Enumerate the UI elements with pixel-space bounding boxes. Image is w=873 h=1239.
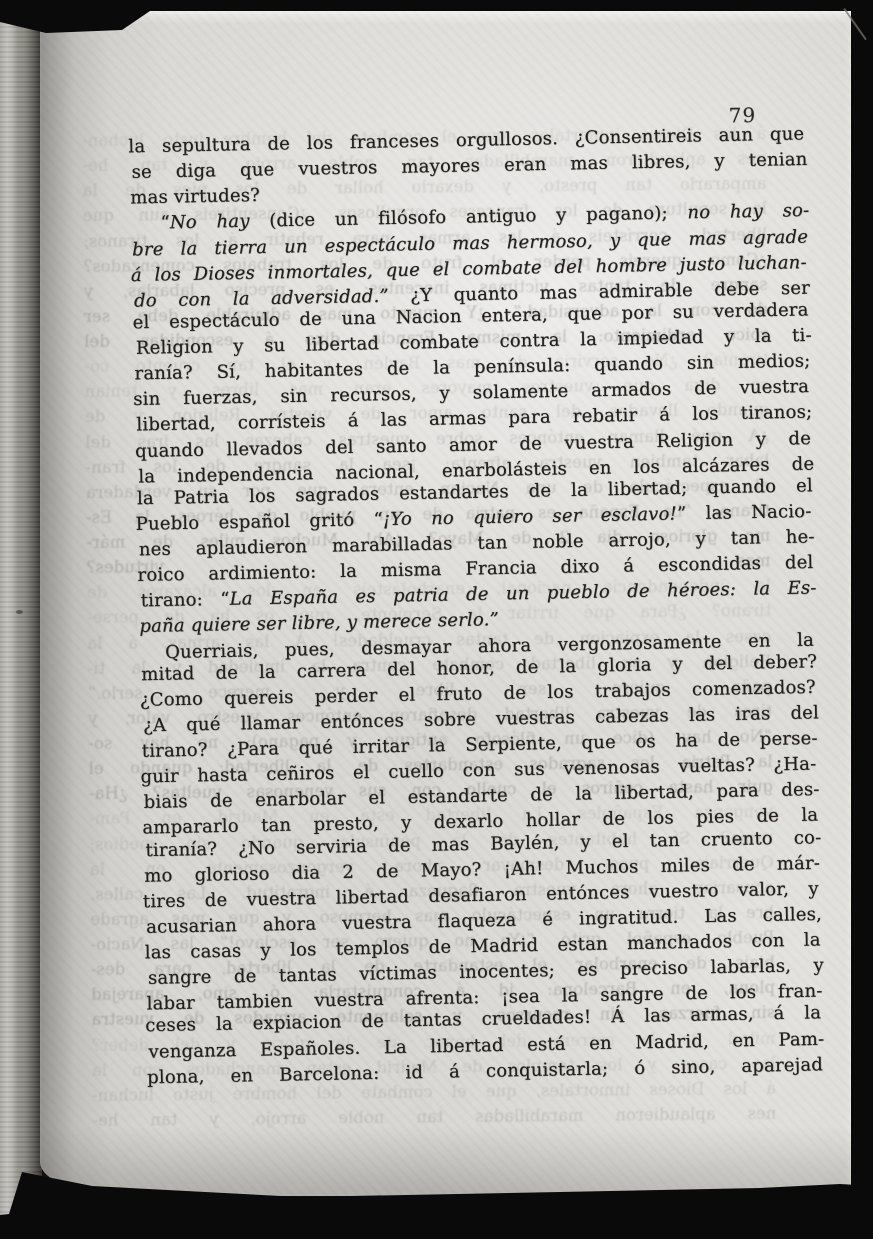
paper-speck: [16, 610, 23, 614]
page-text-block: 79 la sepultura de los franceses orgullo…: [130, 123, 824, 1091]
page-stack-edge: [0, 16, 42, 1216]
text-segment: tirano: “: [141, 589, 230, 612]
text-segment: ” las Nacio-: [677, 501, 812, 525]
text-segment: mas virtudes?: [130, 185, 260, 208]
text-segment: ¡Yo no quiero ser esclavo!: [383, 503, 677, 530]
text-segment: Pueblo español gritó “: [135, 509, 383, 535]
book-page: á los Dioses inmortales, que el combate …: [40, 10, 852, 1196]
text-segment: No hay: [170, 211, 270, 234]
photo-frame-right: [851, 0, 873, 1239]
book-photo: á los Dioses inmortales, que el combate …: [0, 0, 873, 1239]
text-segment: no hay so-: [687, 200, 809, 223]
